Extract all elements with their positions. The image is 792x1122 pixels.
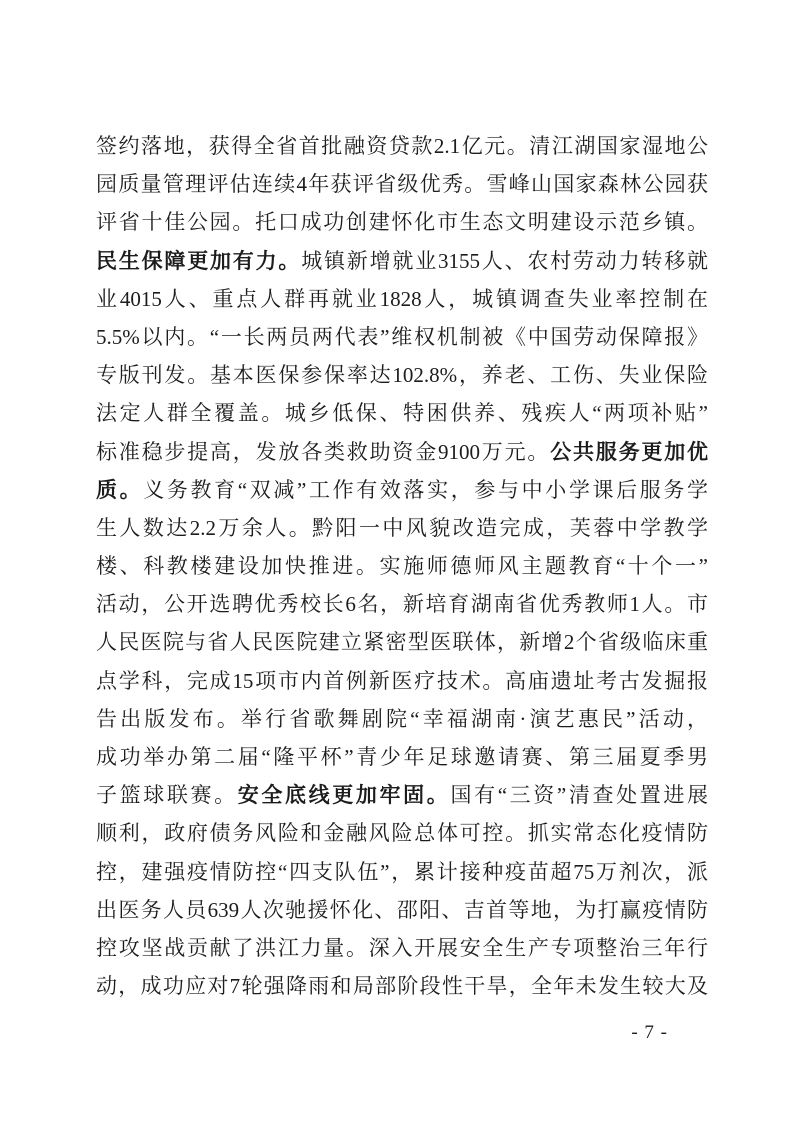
document-page: 签约落地，获得全省首批融资贷款2.1亿元。清江湖国家湿地公园质量管理评估连续4年… xyxy=(0,0,792,1122)
text-segment: 顺利，政府债务风险和金融风险总体可控。抓实常态化疫情防 xyxy=(96,821,708,845)
text-line: 生人数达2.2万余人。黔阳一中风貌改造完成，芙蓉中学教学 xyxy=(96,509,708,547)
text-segment: 5.5%以内。“一长两员两代表”维权机制被《中国劳动保障报》 xyxy=(96,325,708,349)
text-line: 控攻坚战贡献了洪江力量。深入开展安全生产专项整治三年行 xyxy=(96,929,708,967)
text-segment: 楼、科教楼建设加快推进。实施师德师风主题教育“十个一” xyxy=(96,554,708,578)
bold-text-segment: 安全底线更加牢固。 xyxy=(238,783,451,807)
text-segment: 点学科，完成15项市内首例新医疗技术。高庙遗址考古发掘报 xyxy=(96,669,708,693)
bold-text-segment: 公共服务更加优 xyxy=(550,440,708,464)
text-line: 标准稳步提高，发放各类救助资金9100万元。公共服务更加优 xyxy=(96,433,708,471)
text-segment: 专版刊发。基本医保参保率达102.8%，养老、工伤、失业保险 xyxy=(96,363,708,387)
text-segment: 生人数达2.2万余人。黔阳一中风貌改造完成，芙蓉中学教学 xyxy=(96,516,708,540)
text-line: 评省十佳公园。托口成功创建怀化市生态文明建设示范乡镇。 xyxy=(96,203,708,241)
text-line: 楼、科教楼建设加快推进。实施师德师风主题教育“十个一” xyxy=(96,547,708,585)
text-line: 业4015人、重点人群再就业1828人，城镇调查失业率控制在 xyxy=(96,280,708,318)
text-segment: 法定人群全覆盖。城乡低保、特困供养、残疾人“两项补贴” xyxy=(96,401,708,425)
text-segment: 城镇新增就业3155人、农村劳动力转移就 xyxy=(301,249,708,273)
text-segment: 活动，公开选聘优秀校长6名，新培育湖南省优秀教师1人。市 xyxy=(96,592,708,616)
text-line: 活动，公开选聘优秀校长6名，新培育湖南省优秀教师1人。市 xyxy=(96,585,708,623)
text-segment: 园质量管理评估连续4年获评省级优秀。雪峰山国家森林公园获 xyxy=(96,172,708,196)
text-line: 园质量管理评估连续4年获评省级优秀。雪峰山国家森林公园获 xyxy=(96,165,708,203)
text-line: 法定人群全覆盖。城乡低保、特困供养、残疾人“两项补贴” xyxy=(96,394,708,432)
text-line: 控，建强疫情防控“四支队伍”，累计接种疫苗超75万剂次，派 xyxy=(96,853,708,891)
page-number: - 7 - xyxy=(96,1018,668,1048)
text-line: 告出版发布。举行省歌舞剧院“幸福湖南·演艺惠民”活动， xyxy=(96,700,708,738)
text-line: 出医务人员639人次驰援怀化、邵阳、吉首等地，为打赢疫情防 xyxy=(96,891,708,929)
document-body: 签约落地，获得全省首批融资贷款2.1亿元。清江湖国家湿地公园质量管理评估连续4年… xyxy=(96,127,708,1005)
text-segment: 成功举办第二届“隆平杯”青少年足球邀请赛、第三届夏季男 xyxy=(96,745,708,769)
text-segment: 标准稳步提高，发放各类救助资金9100万元。 xyxy=(96,440,550,464)
text-segment: 控攻坚战贡献了洪江力量。深入开展安全生产专项整治三年行 xyxy=(96,936,708,960)
text-line: 民生保障更加有力。城镇新增就业3155人、农村劳动力转移就 xyxy=(96,242,708,280)
text-segment: 控，建强疫情防控“四支队伍”，累计接种疫苗超75万剂次，派 xyxy=(96,860,708,884)
text-segment: 子篮球联赛。 xyxy=(96,783,238,807)
text-line: 子篮球联赛。安全底线更加牢固。国有“三资”清查处置进展 xyxy=(96,776,708,814)
text-line: 顺利，政府债务风险和金融风险总体可控。抓实常态化疫情防 xyxy=(96,814,708,852)
text-segment: 义务教育“双减”工作有效落实，参与中小学课后服务学 xyxy=(143,478,708,502)
bold-text-segment: 质。 xyxy=(96,478,143,502)
text-segment: 评省十佳公园。托口成功创建怀化市生态文明建设示范乡镇。 xyxy=(96,210,708,234)
text-segment: 国有“三资”清查处置进展 xyxy=(450,783,708,807)
text-segment: 动，成功应对7轮强降雨和局部阶段性干旱，全年未发生较大及 xyxy=(96,974,708,998)
text-segment: 告出版发布。举行省歌舞剧院“幸福湖南·演艺惠民”活动， xyxy=(96,707,708,731)
text-line: 质。义务教育“双减”工作有效落实，参与中小学课后服务学 xyxy=(96,471,708,509)
text-line: 签约落地，获得全省首批融资贷款2.1亿元。清江湖国家湿地公 xyxy=(96,127,708,165)
text-segment: 签约落地，获得全省首批融资贷款2.1亿元。清江湖国家湿地公 xyxy=(96,134,708,158)
bold-text-segment: 民生保障更加有力。 xyxy=(96,249,301,273)
text-line: 人民医院与省人民医院建立紧密型医联体，新增2个省级临床重 xyxy=(96,623,708,661)
text-line: 点学科，完成15项市内首例新医疗技术。高庙遗址考古发掘报 xyxy=(96,662,708,700)
text-line: 成功举办第二届“隆平杯”青少年足球邀请赛、第三届夏季男 xyxy=(96,738,708,776)
text-line: 5.5%以内。“一长两员两代表”维权机制被《中国劳动保障报》 xyxy=(96,318,708,356)
text-line: 动，成功应对7轮强降雨和局部阶段性干旱，全年未发生较大及 xyxy=(96,967,708,1005)
text-segment: 业4015人、重点人群再就业1828人，城镇调查失业率控制在 xyxy=(96,287,708,311)
text-segment: 出医务人员639人次驰援怀化、邵阳、吉首等地，为打赢疫情防 xyxy=(96,898,708,922)
text-segment: 人民医院与省人民医院建立紧密型医联体，新增2个省级临床重 xyxy=(96,630,708,654)
text-line: 专版刊发。基本医保参保率达102.8%，养老、工伤、失业保险 xyxy=(96,356,708,394)
